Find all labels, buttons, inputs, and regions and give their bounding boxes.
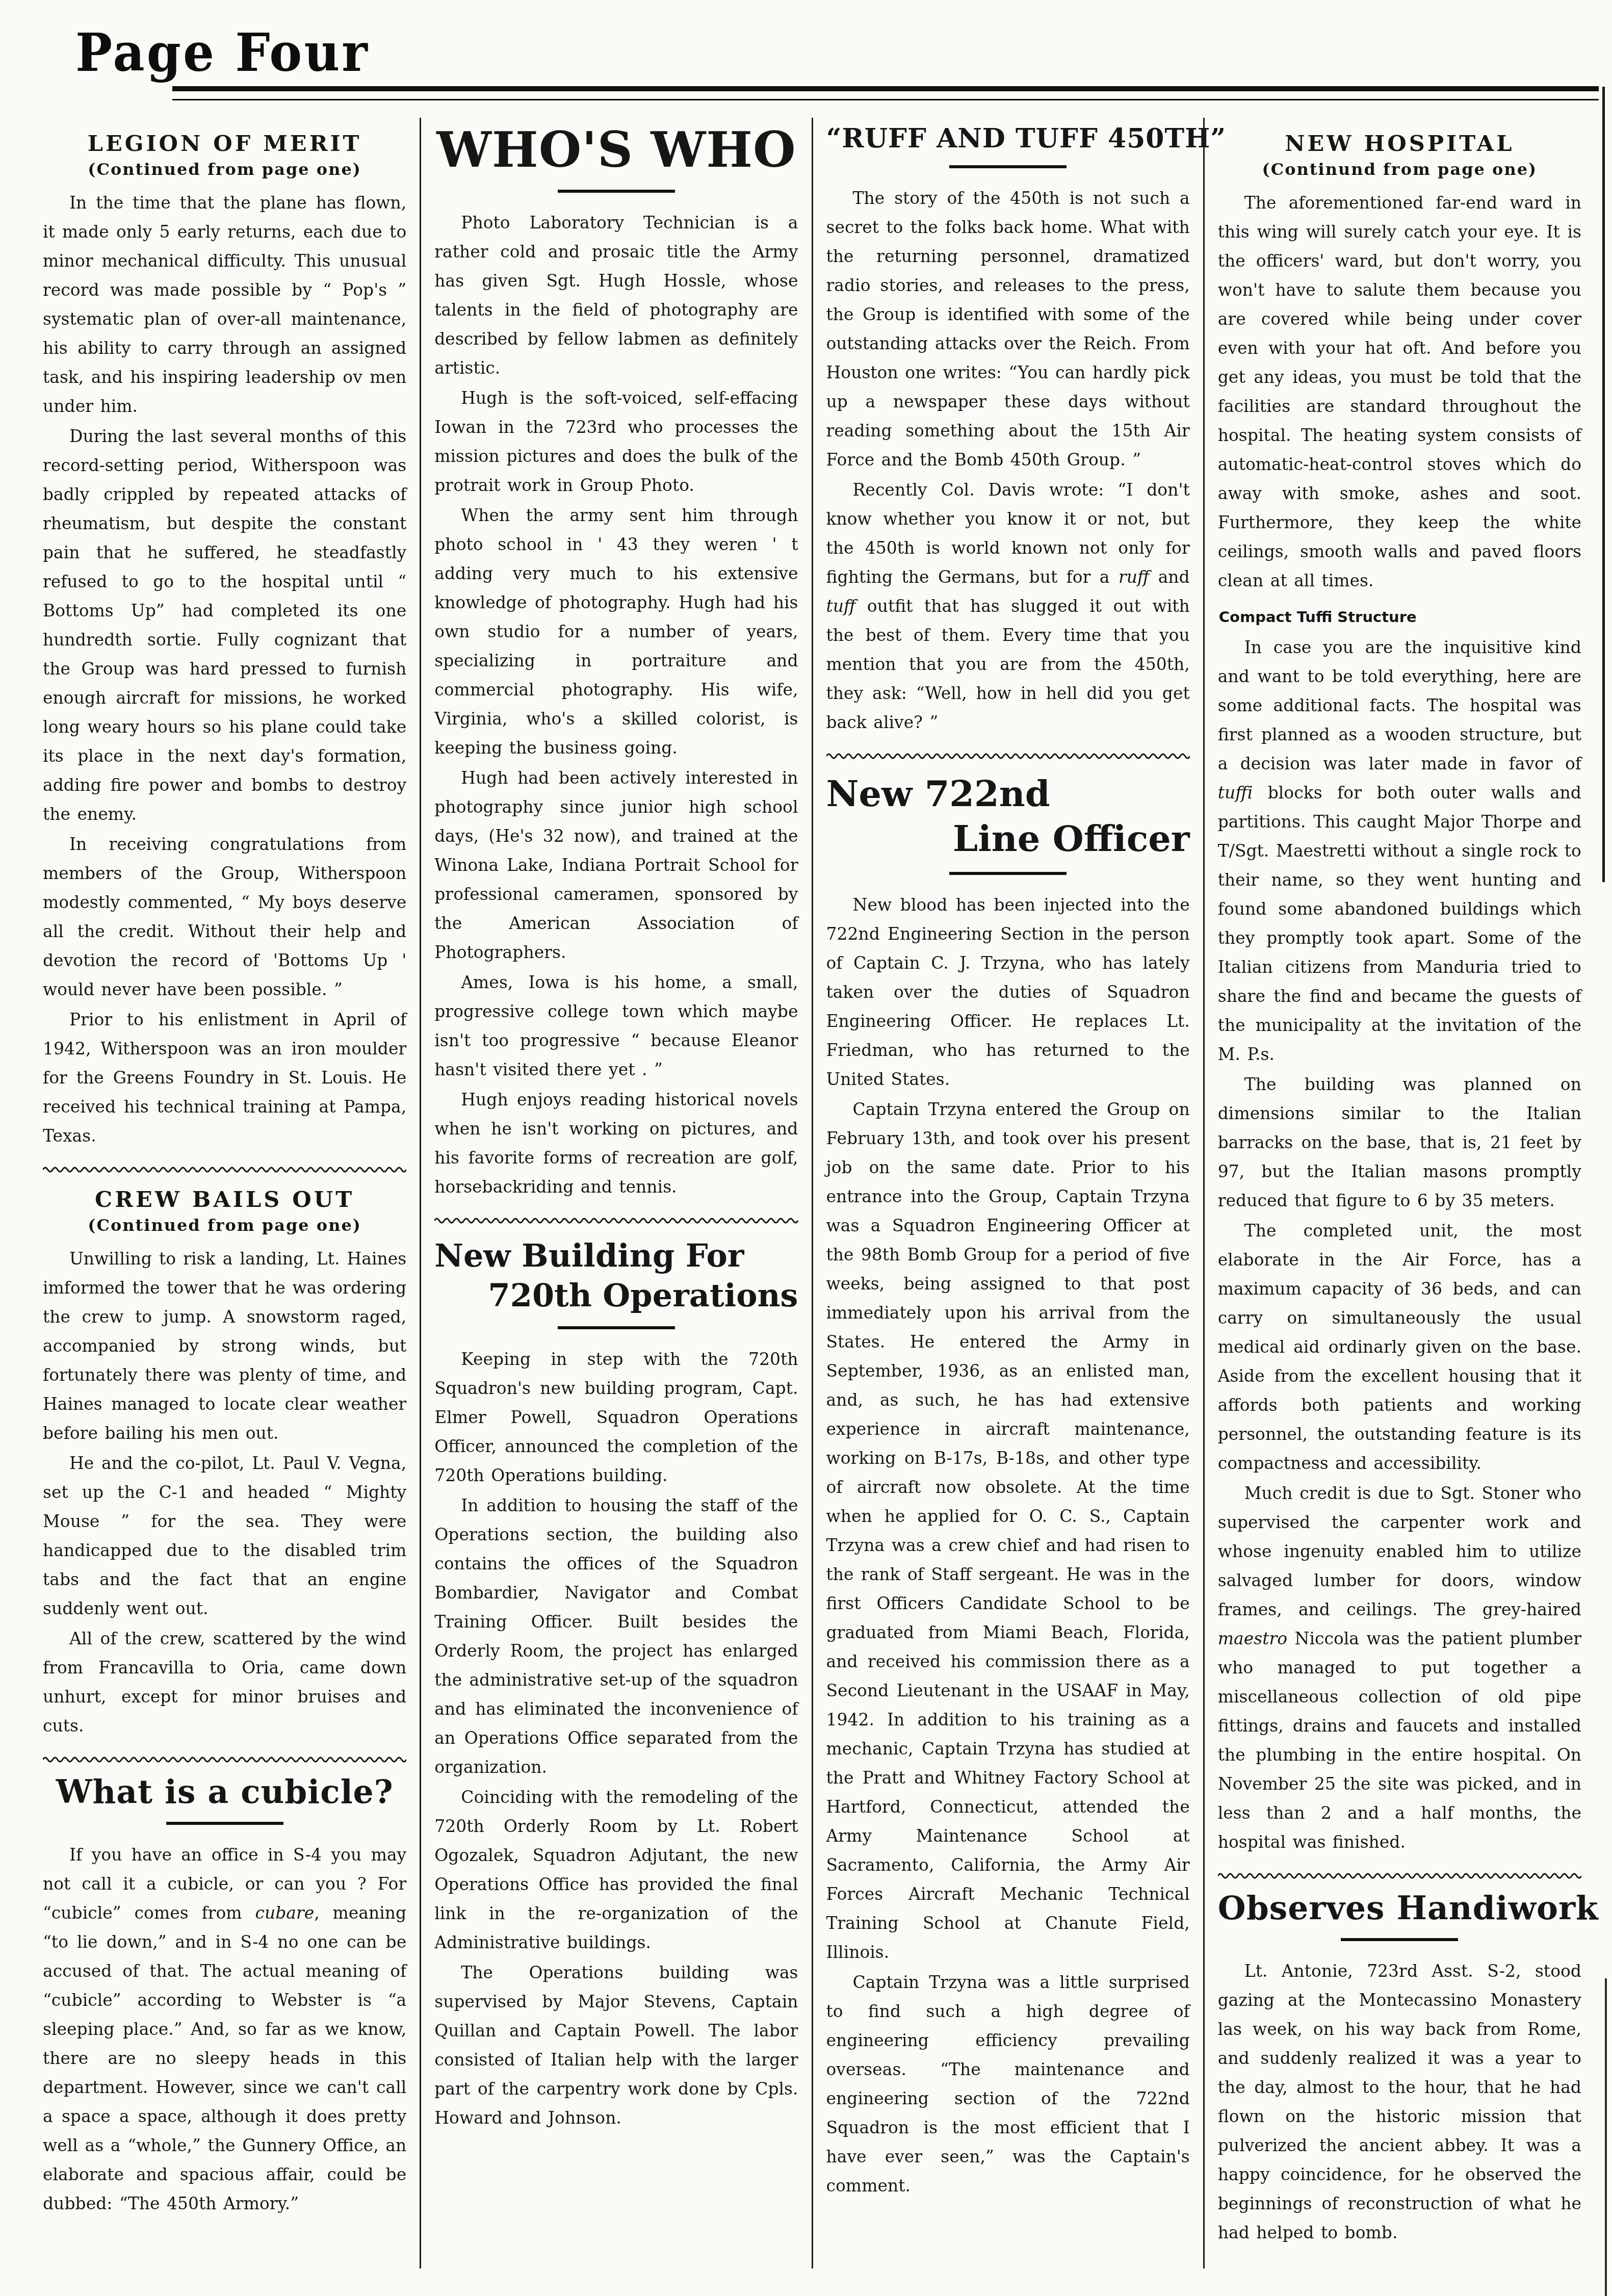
wavy-divider: [43, 1756, 406, 1764]
article-paragraph: Captain Trzyna was a little surprised to…: [826, 1968, 1190, 2200]
article-paragraph: The completed unit, the most elaborate i…: [1218, 1216, 1581, 1478]
article-paragraph: Lt. Antonie, 723rd Asst. S-2, stood gazi…: [1218, 1956, 1581, 2247]
article-headline: “RUFF AND TUFF 450TH”: [826, 123, 1190, 154]
article-headline: New 722ndLine Officer: [826, 771, 1190, 861]
column-1: LEGION OF MERIT(Continued from page one)…: [30, 118, 420, 2268]
article-paragraph: Hugh is the soft-voiced, self-effacing I…: [434, 383, 798, 500]
article-paragraph: Prior to his enlistment in April of 1942…: [43, 1005, 406, 1150]
wavy-divider: [826, 752, 1190, 760]
article-headline: NEW HOSPITAL: [1218, 131, 1581, 157]
headline-rule: [949, 872, 1067, 875]
article-paragraph: Recently Col. Davis wrote: “I don't know…: [826, 475, 1190, 737]
article-paragraph: Ames, Iowa is his home, a small, progres…: [434, 968, 798, 1084]
header-rule: [172, 86, 1599, 100]
article-headline: What is a cubicle?: [43, 1773, 406, 1811]
page-edge-line-bottom: [1605, 1978, 1607, 2296]
wavy-divider: [43, 1166, 406, 1174]
article-headline: New Building For720th Operations: [434, 1236, 798, 1315]
headline-rule: [1341, 1938, 1458, 1941]
article-paragraph: Unwilling to risk a landing, Lt. Haines …: [43, 1244, 406, 1448]
article-paragraph: The story of the 450th is not such a sec…: [826, 184, 1190, 474]
article-paragraph: In the time that the plane has flown, it…: [43, 188, 406, 421]
article-paragraph: In receiving congratulations from member…: [43, 830, 406, 1004]
article-paragraph: Photo Laboratory Technician is a rather …: [434, 208, 798, 382]
columns-container: LEGION OF MERIT(Continued from page one)…: [0, 100, 1612, 2268]
article-paragraph: When the army sent him through photo sch…: [434, 501, 798, 762]
article-paragraph: Hugh enjoys reading historical novels wh…: [434, 1085, 798, 1201]
article-paragraph: The Operations building was supervised b…: [434, 1958, 798, 2132]
article-headline: WHO'S WHO: [434, 121, 798, 178]
continued-subhead: (Continund from page one): [1218, 160, 1581, 179]
article-paragraph: Captain Trzyna entered the Group on Febr…: [826, 1095, 1190, 1967]
headline-rule: [166, 1822, 283, 1825]
article-paragraph: During the last several months of this r…: [43, 422, 406, 829]
column-3: “RUFF AND TUFF 450TH”The story of the 45…: [812, 118, 1203, 2268]
newspaper-page: Page Four LEGION OF MERIT(Continued from…: [0, 0, 1612, 2296]
continued-subhead: (Continued from page one): [43, 160, 406, 179]
headline-line-2: 720th Operations: [434, 1276, 798, 1315]
headline-rule: [558, 190, 675, 193]
masthead: Page Four: [0, 0, 1612, 100]
wavy-divider: [434, 1217, 798, 1225]
headline-rule: [949, 165, 1067, 168]
article-paragraph: Coinciding with the remodeling of the 72…: [434, 1783, 798, 1957]
section-subhead: Compact Tuffi Structure: [1219, 608, 1581, 626]
article-headline: LEGION OF MERIT: [43, 131, 406, 157]
wavy-divider: [1218, 1872, 1581, 1880]
page-label: Page Four: [75, 21, 1612, 84]
article-paragraph: Hugh had been actively interested in pho…: [434, 763, 798, 967]
page-edge-line: [1602, 87, 1605, 882]
article-paragraph: All of the crew, scattered by the wind f…: [43, 1624, 406, 1740]
article-paragraph: Keeping in step with the 720th Squadron'…: [434, 1345, 798, 1490]
headline-line-1: New Building For: [434, 1236, 798, 1276]
article-paragraph: In addition to housing the staff of the …: [434, 1491, 798, 1782]
article-headline: Observes Handiwork: [1218, 1889, 1581, 1927]
headline-line-1: New 722nd: [826, 771, 1190, 816]
column-4: NEW HOSPITAL(Continund from page one)The…: [1203, 118, 1595, 2268]
article-paragraph: If you have an office in S-4 you may not…: [43, 1840, 406, 2218]
article-headline: CREW BAILS OUT: [43, 1187, 406, 1213]
headline-rule: [558, 1326, 675, 1329]
continued-subhead: (Continued from page one): [43, 1216, 406, 1235]
article-paragraph: The building was planned on dimensions s…: [1218, 1070, 1581, 1215]
article-paragraph: The aforementioned far-end ward in this …: [1218, 188, 1581, 595]
column-2: WHO'S WHOPhoto Laboratory Technician is …: [420, 118, 811, 2268]
article-paragraph: New blood has been injected into the 722…: [826, 890, 1190, 1094]
article-paragraph: He and the co-pilot, Lt. Paul V. Vegna, …: [43, 1449, 406, 1623]
article-paragraph: In case you are the inquisitive kind and…: [1218, 633, 1581, 1069]
headline-line-2: Line Officer: [826, 816, 1190, 861]
article-paragraph: Much credit is due to Sgt. Stoner who su…: [1218, 1479, 1581, 1856]
